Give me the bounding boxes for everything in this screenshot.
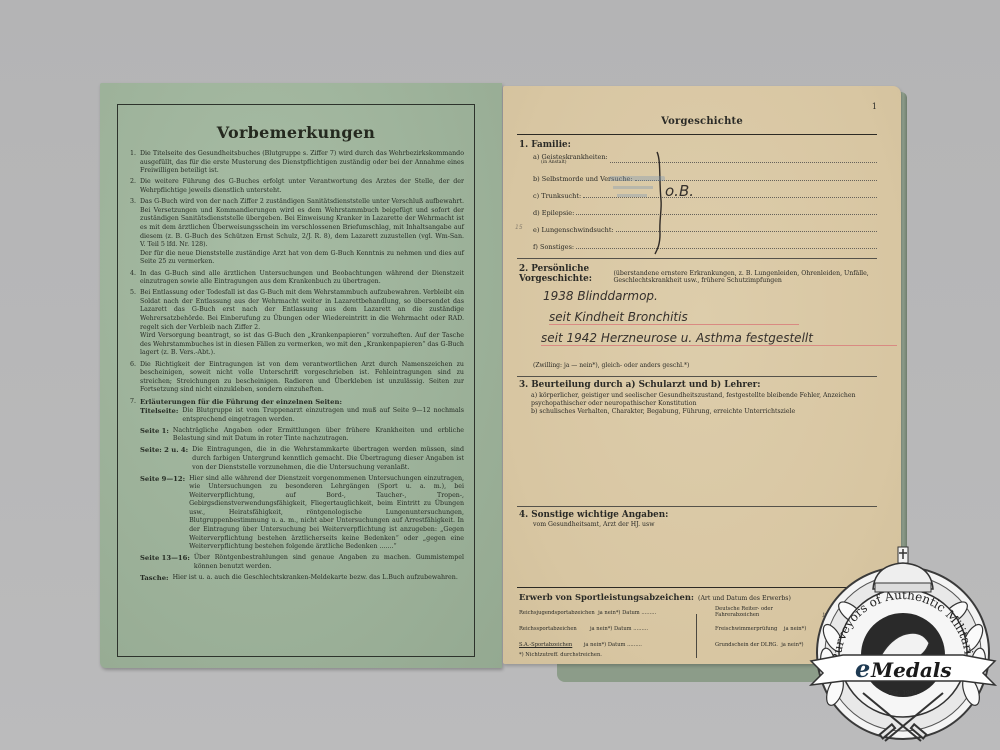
note-3: 3. Das G-Buch wird von der nach Ziffer 2… — [130, 198, 464, 267]
entry-1938: 1938 Blinddarmop. — [543, 289, 658, 303]
margin-mark: 15 — [515, 224, 523, 231]
field-geisteskrankheiten: a) Geisteskrankheiten:(in Anstalt) — [533, 153, 877, 165]
section-assessment: 3. Beurteilung durch a) Schularzt und b)… — [519, 380, 877, 416]
emedals-watermark-logo: Purveyors of Authentic Militaria e Medal… — [803, 543, 1000, 748]
sport-right-row-2: Freischwimmerprüfung ja nein*) — [715, 626, 806, 632]
section-personal-history: 2. Persönliche Vorgeschichte:(überstande… — [519, 264, 877, 284]
svg-text:Medals: Medals — [870, 658, 952, 682]
entry-bronchitis: seit Kindheit Bronchitis — [549, 310, 799, 325]
preliminary-notes: 1. Die Titelseite des Gesundheitsbuches … — [118, 142, 474, 582]
note-5: 5. Bei Entlassung oder Todesfall ist das… — [130, 289, 464, 358]
field-epilepsie: d) Epilepsie: — [533, 205, 877, 217]
sport-left-row-2: Reichssportabzeichen ja nein*) Datum ...… — [519, 626, 648, 632]
sport-footnote: *) Nichtzutreff. durchstreichen. — [519, 652, 602, 658]
field-trunksucht: c) Trunksucht: — [533, 188, 877, 200]
field-lungenschwindsucht: e) Lungenschwindsucht: — [533, 222, 877, 234]
note-1: 1. Die Titelseite des Gesundheitsbuches … — [130, 150, 464, 176]
emedals-badge-icon: Purveyors of Authentic Militaria e Medal… — [803, 543, 1000, 748]
svg-text:e: e — [855, 654, 870, 683]
field-sonstiges: f) Sonstiges: — [533, 239, 877, 251]
sport-right-row-1: Deutsche Reiter- oder Fahrerabzeichen — [715, 606, 815, 618]
section-family: 1. Familie: — [519, 140, 877, 150]
note-7-seite-9-12: Seite 9—12: Hier sind alle während der D… — [140, 475, 464, 552]
faded-stamp — [603, 170, 673, 210]
sport-left-row-1: Reichsjugendsportabzeichen ja nein*) Dat… — [519, 610, 656, 616]
left-page-inner-cover: Vorbemerkungen 1. Die Titelseite des Ges… — [100, 83, 502, 668]
sport-left-row-3: S.A.-Sportabzeichen ja nein*) Datum ....… — [519, 642, 642, 648]
right-page-title: Vorgeschichte — [503, 116, 901, 127]
note-7-seite-13-16: Seite 13—16: Über Röntgenbestrahlungen s… — [140, 554, 464, 571]
note-6: 6. Die Richtigkeit der Eintragungen ist … — [130, 361, 464, 395]
sport-right-row-3: Grundschein der DLRG. ja nein*) — [715, 642, 804, 648]
section2-rule — [517, 376, 877, 377]
note-7-seite-1: Seite 1: Nachträgliche Angaben oder Ermi… — [140, 427, 464, 444]
product-photo: Vorbemerkungen 1. Die Titelseite des Ges… — [0, 0, 1000, 750]
sport-divider — [696, 614, 697, 658]
left-page-title: Vorbemerkungen — [118, 123, 474, 142]
entry-herzneurose: seit 1942 Herzneurose u. Asthma festgest… — [541, 331, 897, 346]
note-4: 4. In das G-Buch sind alle ärztlichen Un… — [130, 270, 464, 287]
section3-rule — [517, 506, 877, 507]
crown-icon — [873, 547, 933, 592]
note-7-seite-2-4: Seite: 2 u. 4: Die Eintragungen, die in … — [140, 446, 464, 472]
left-page-border-frame: Vorbemerkungen 1. Die Titelseite des Ges… — [117, 104, 475, 657]
field-selbstmorde: b) Selbstmorde und Versuche: — [533, 171, 877, 183]
twin-line: (Zwilling: ja — nein*), gleich- oder and… — [533, 362, 877, 369]
note-7-titelseite: Titelseite: Die Blutgruppe ist vom Trupp… — [140, 407, 464, 424]
title-rule — [517, 134, 877, 135]
note-7-tasche: Tasche: Hier ist u. a. auch die Geschlec… — [140, 574, 464, 583]
note-7: 7. Erläuterungen für die Führung der ein… — [130, 398, 464, 407]
section1-rule — [517, 258, 877, 259]
page-number: 1 — [872, 102, 877, 111]
section-other-info: 4. Sonstige wichtige Angaben: vom Gesund… — [519, 510, 877, 528]
svg-text:Est. 1981: Est. 1981 — [889, 690, 918, 697]
note-2: 2. Die weitere Führung des G-Buches erfo… — [130, 178, 464, 195]
